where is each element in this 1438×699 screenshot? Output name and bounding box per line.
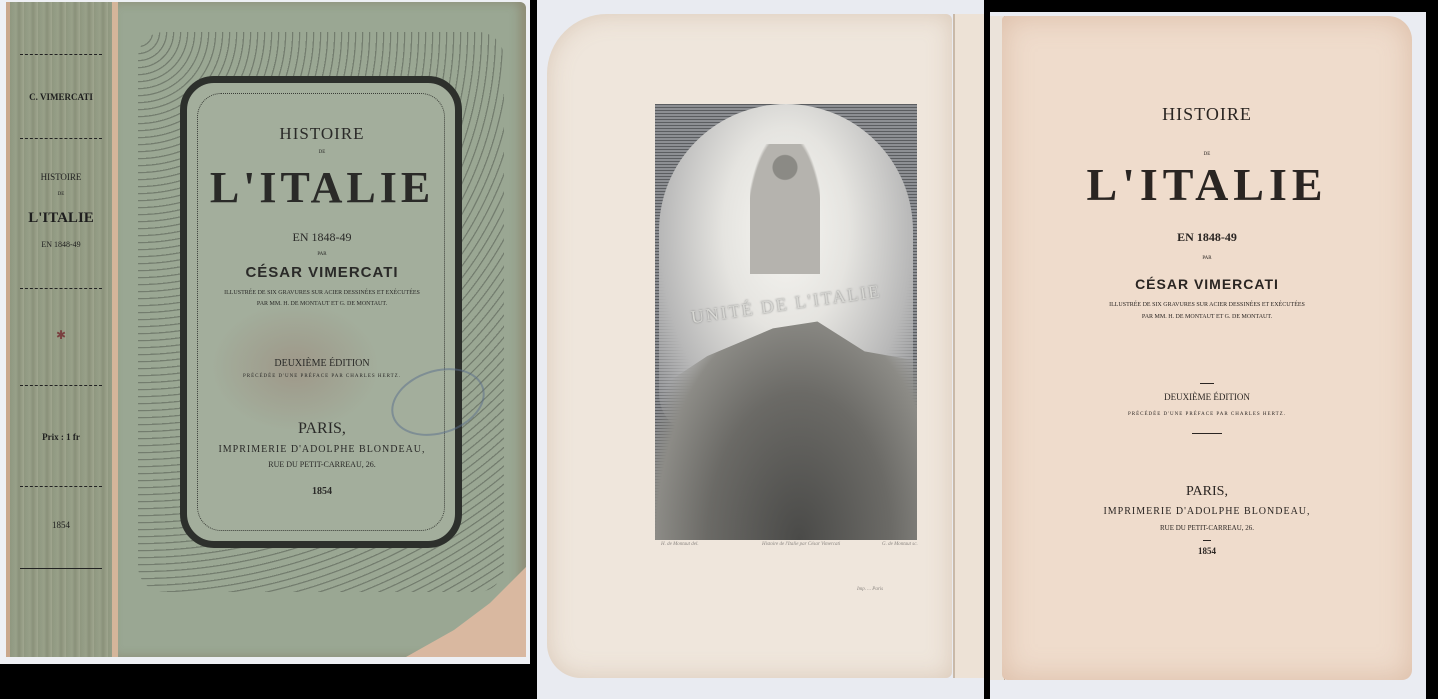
cover-edition: DEUXIÈME ÉDITION [118,358,526,369]
spine-ornament-icon: ✱ [10,328,112,343]
page-edge [953,14,984,678]
title-page: HISTOIRE DE L'ITALIE EN 1848-49 PAR CÉSA… [1002,16,1412,680]
spine-author: C. VIMERCATI [10,92,112,102]
title-page-photo: HISTOIRE DE L'ITALIE EN 1848-49 PAR CÉSA… [990,0,1438,699]
cover-title-de: DE [118,150,526,155]
spine-title-small: HISTOIRE [10,172,112,182]
spine-rule [20,138,102,139]
title-author: CÉSAR VIMERCATI [1002,276,1412,292]
front-cover: HISTOIRE DE L'ITALIE EN 1848-49 PAR CÉSA… [118,2,526,657]
title-subtitle: EN 1848-49 [1002,230,1412,245]
spine-rule [20,568,102,569]
cover-illustration-line2: PAR MM. H. DE MONTAUT ET G. DE MONTAUT. [118,301,526,307]
caption-printer: Imp. ... Paris [857,587,883,592]
cover-title-line1: HISTOIRE [118,124,526,144]
spine-rule [20,385,102,386]
cover-title-main: L'ITALIE [118,162,526,213]
title-year: 1854 [1002,546,1412,556]
title-par: PAR [1002,256,1412,261]
spine-rule [20,486,102,487]
divider-rule [1203,540,1211,541]
cover-city: PARIS, [118,420,526,438]
spine-years: EN 1848-49 [10,240,112,249]
cover-address: RUE DU PETIT-CARREAU, 26. [118,460,526,469]
frontispiece-photo: UNITÉ DE L'ITALIE H. de Montaut del. His… [537,0,984,699]
cover-illustration-line1: ILLUSTRÉE DE SIX GRAVURES SUR ACIER DESS… [118,290,526,296]
title-city: PARIS, [1002,484,1412,500]
spine-year: 1854 [10,520,112,530]
spine-title: L'ITALIE [10,210,112,227]
title-de: DE [1002,152,1412,157]
spine-title-de: DE [10,192,112,197]
steel-engraving: UNITÉ DE L'ITALIE [655,104,917,540]
title-illustration-line1: ILLUSTRÉE DE SIX GRAVURES SUR ACIER DESS… [1002,302,1412,308]
cover-preface: PRÉCÉDÉE D'UNE PRÉFACE PAR CHARLES HERTZ… [118,374,526,379]
title-printer: IMPRIMERIE D'ADOLPHE BLONDEAU, [1002,506,1412,517]
title-address: RUE DU PETIT-CARREAU, 26. [1002,524,1412,532]
book-spine: C. VIMERCATI HISTOIRE DE L'ITALIE EN 184… [6,2,118,657]
cover-author: CÉSAR VIMERCATI [118,264,526,281]
title-preface: PRÉCÉDÉE D'UNE PRÉFACE PAR CHARLES HERTZ… [1002,412,1412,417]
title-illustration-line2: PAR MM. H. DE MONTAUT ET G. DE MONTAUT. [1002,314,1412,320]
caption-left: H. de Montaut del. [661,542,699,547]
title-main: L'ITALIE [1002,158,1412,211]
title-line1: HISTOIRE [1002,104,1412,125]
cover-subtitle: EN 1848-49 [118,230,526,245]
spine-rule [20,54,102,55]
caption-center: Histoire de l'Italie par César Vimercati [762,542,840,547]
cover-printer: IMPRIMERIE D'ADOLPHE BLONDEAU, [118,444,526,455]
title-edition: DEUXIÈME ÉDITION [1002,392,1412,402]
book-cover-photo: C. VIMERCATI HISTOIRE DE L'ITALIE EN 184… [0,0,530,664]
cover-par: PAR [118,252,526,257]
caption-right: G. de Montaut sc. [882,542,918,547]
allegorical-figure-italia [750,144,820,274]
spine-rule [20,288,102,289]
divider-rule [1200,383,1214,384]
cover-year: 1854 [118,486,526,497]
divider-rule [1192,433,1222,434]
spine-price: Prix : 1 fr [10,432,112,442]
